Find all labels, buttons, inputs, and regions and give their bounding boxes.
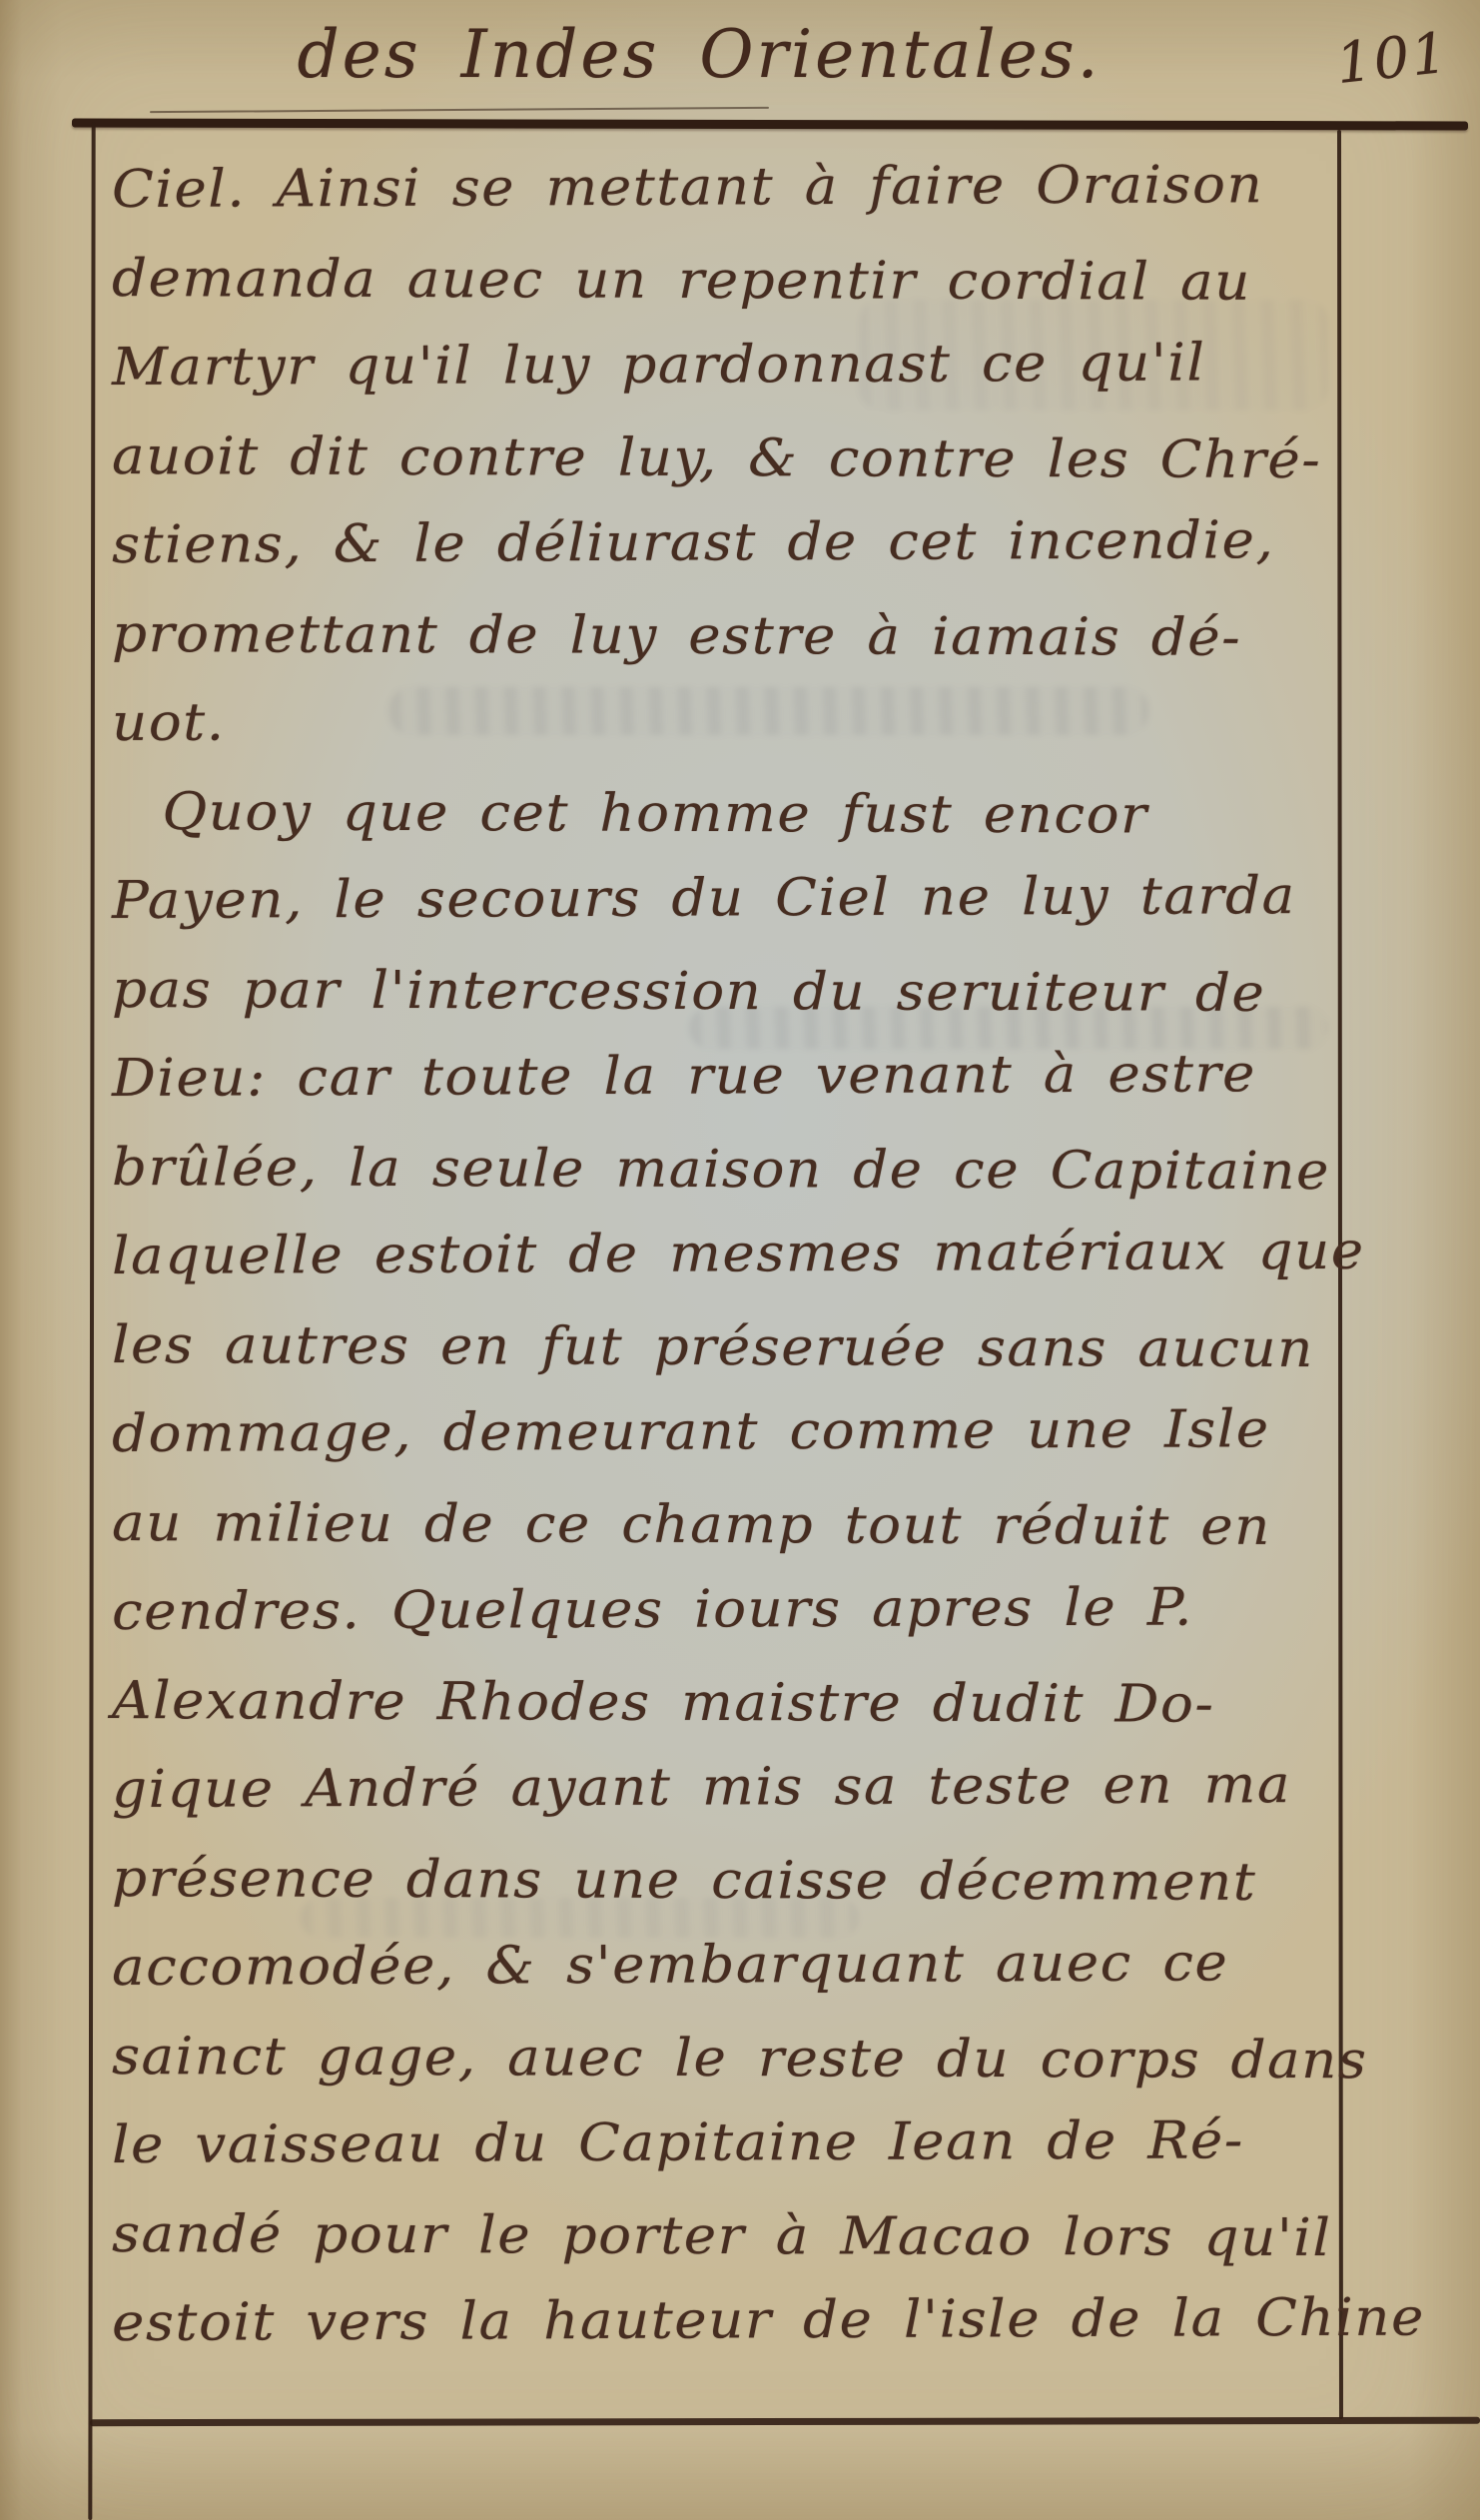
text-line: brûlée, la seule maison de ce Capitaine xyxy=(112,1124,1407,1217)
text-line: Ciel. Ainsi se mettant à faire Oraison xyxy=(112,141,1407,235)
manuscript-page: des Indes Orientales. 101 Ciel. Ainsi se… xyxy=(0,0,1480,2520)
text-line: promettant de luy estre à iamais dé- xyxy=(112,590,1407,683)
text-line: les autres en fut préseruée sans aucun xyxy=(112,1301,1407,1394)
text-line: Martyr qu'il luy pardonnast ce qu'il xyxy=(112,319,1407,413)
text-line: Dieu: car toute la rue venant à estre xyxy=(112,1030,1407,1124)
text-line: présence dans une caisse décemment xyxy=(112,1835,1407,1928)
page-title: des Indes Orientales. xyxy=(235,16,1163,93)
frame-top-thin-rule xyxy=(150,107,769,113)
text-line: uot. xyxy=(112,674,1407,768)
frame-left-rule xyxy=(88,122,95,2520)
text-line: estoit vers la hauteur de l'isle de la C… xyxy=(112,2274,1407,2368)
text-line: dommage, demeurant comme une Isle xyxy=(112,1385,1407,1479)
text-line-paragraph-start: Quoy que cet homme fust encor xyxy=(112,768,1407,861)
text-line: sandé pour le porter à Macao lors qu'il xyxy=(112,2190,1407,2283)
text-line: le vaisseau du Capitaine Iean de Ré- xyxy=(112,2097,1407,2190)
manuscript-text: Ciel. Ainsi se mettant à faire Oraison d… xyxy=(112,146,1345,2368)
text-line: Alexandre Rhodes maistre dudit Do- xyxy=(112,1657,1407,1750)
text-line: auoit dit contre luy, & contre les Chré- xyxy=(112,413,1407,505)
text-line: au milieu de ce champ tout réduit en xyxy=(112,1479,1407,1572)
text-line: laquelle estoit de mesmes matériaux que xyxy=(112,1208,1407,1301)
text-line: pas par l'intercession du seruiteur de xyxy=(112,946,1407,1039)
frame-bottom-rule xyxy=(90,2417,1480,2426)
text-line: cendres. Quelques iours apres le P. xyxy=(112,1563,1407,1657)
text-line: accomodée, & s'embarquant auec ce xyxy=(112,1919,1407,2013)
text-line: gique André ayant mis sa teste en ma xyxy=(112,1741,1407,1835)
text-line: demanda auec un repentir cordial au xyxy=(112,235,1407,328)
text-line: sainct gage, auec le reste du corps dans xyxy=(112,2013,1407,2105)
page-number: 101 xyxy=(1333,20,1459,97)
text-line: Payen, le secours du Ciel ne luy tarda xyxy=(112,852,1407,946)
text-line: stiens, & le déliurast de cet incendie, xyxy=(112,496,1407,590)
frame-top-rule xyxy=(72,119,1468,131)
